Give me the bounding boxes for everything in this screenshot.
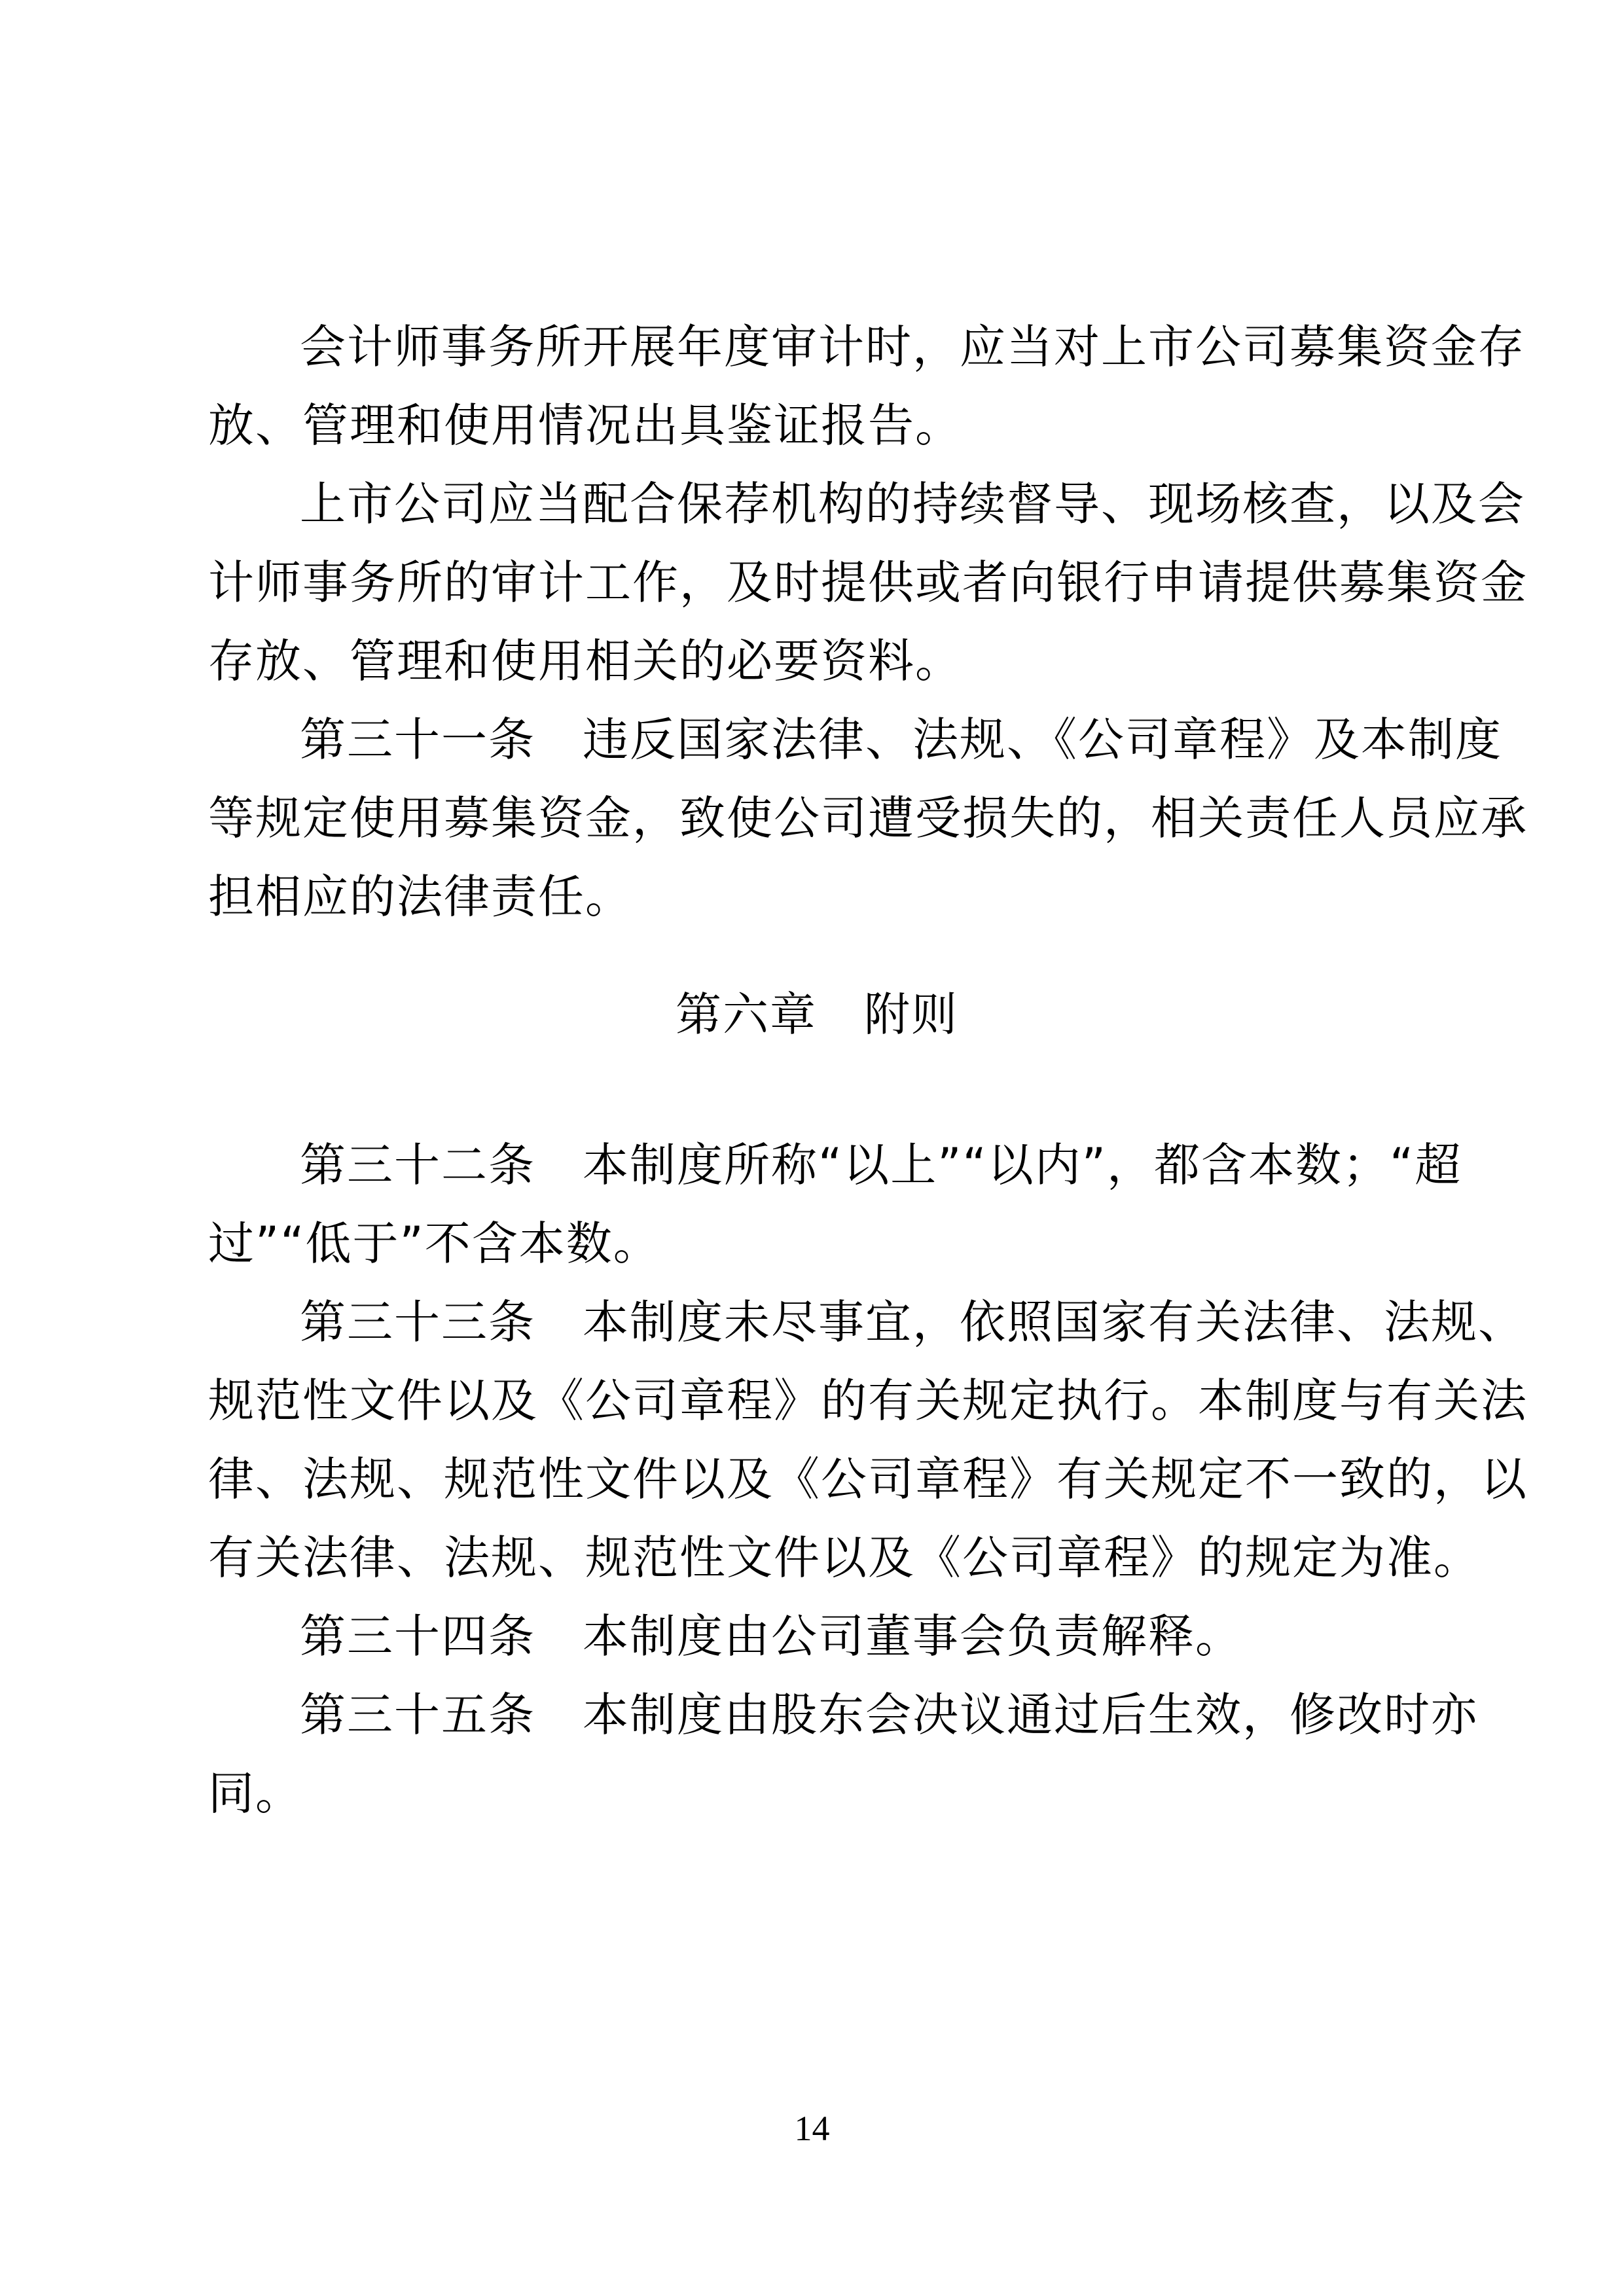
document-body: 会计师事务所开展年度审计时，应当对上市公司募集资金存 放、管理和使用情况出具鉴证… (208, 308, 1426, 1833)
text-line: 第三十一条 违反国家法律、法规、《公司章程》及本制度 (208, 700, 1426, 779)
article-32: 第三十二条 本制度所称“以上”“以内”，都含本数；“超 过”“低于”不含本数。 (208, 1126, 1426, 1283)
text-line: 计师事务所的审计工作，及时提供或者向银行申请提供募集资金 (208, 543, 1426, 622)
paragraph-cooperation: 上市公司应当配合保荐机构的持续督导、现场核查，以及会 计师事务所的审计工作，及时… (208, 465, 1426, 700)
paragraph-audit-report: 会计师事务所开展年度审计时，应当对上市公司募集资金存 放、管理和使用情况出具鉴证… (208, 308, 1426, 465)
article-34: 第三十四条 本制度由公司董事会负责解释。 (208, 1597, 1426, 1676)
text-line: 上市公司应当配合保荐机构的持续督导、现场核查，以及会 (208, 465, 1426, 543)
chapter-heading: 第六章 附则 (208, 975, 1426, 1054)
text-line: 第三十五条 本制度由股东会决议通过后生效，修改时亦 (208, 1676, 1426, 1754)
text-line: 过”“低于”不含本数。 (208, 1204, 1426, 1283)
text-line: 存放、管理和使用相关的必要资料。 (208, 622, 1426, 700)
page-number: 14 (0, 2109, 1624, 2148)
text-line: 第三十三条 本制度未尽事宜，依照国家有关法律、法规、 (208, 1283, 1426, 1361)
article-31: 第三十一条 违反国家法律、法规、《公司章程》及本制度 等规定使用募集资金，致使公… (208, 700, 1426, 936)
text-line: 律、法规、规范性文件以及《公司章程》有关规定不一致的，以 (208, 1440, 1426, 1518)
text-line: 等规定使用募集资金，致使公司遭受损失的，相关责任人员应承 (208, 779, 1426, 857)
text-line: 会计师事务所开展年度审计时，应当对上市公司募集资金存 (208, 308, 1426, 386)
article-35: 第三十五条 本制度由股东会决议通过后生效，修改时亦 同。 (208, 1676, 1426, 1833)
text-line: 担相应的法律责任。 (208, 857, 1426, 936)
text-line: 规范性文件以及《公司章程》的有关规定执行。本制度与有关法 (208, 1361, 1426, 1440)
text-line: 第三十四条 本制度由公司董事会负责解释。 (208, 1597, 1426, 1676)
text-line: 第三十二条 本制度所称“以上”“以内”，都含本数；“超 (208, 1126, 1426, 1204)
text-line: 放、管理和使用情况出具鉴证报告。 (208, 386, 1426, 465)
text-line: 同。 (208, 1754, 1426, 1833)
text-line: 有关法律、法规、规范性文件以及《公司章程》的规定为准。 (208, 1518, 1426, 1597)
article-33: 第三十三条 本制度未尽事宜，依照国家有关法律、法规、 规范性文件以及《公司章程》… (208, 1283, 1426, 1597)
document-page: 会计师事务所开展年度审计时，应当对上市公司募集资金存 放、管理和使用情况出具鉴证… (0, 0, 1624, 2296)
